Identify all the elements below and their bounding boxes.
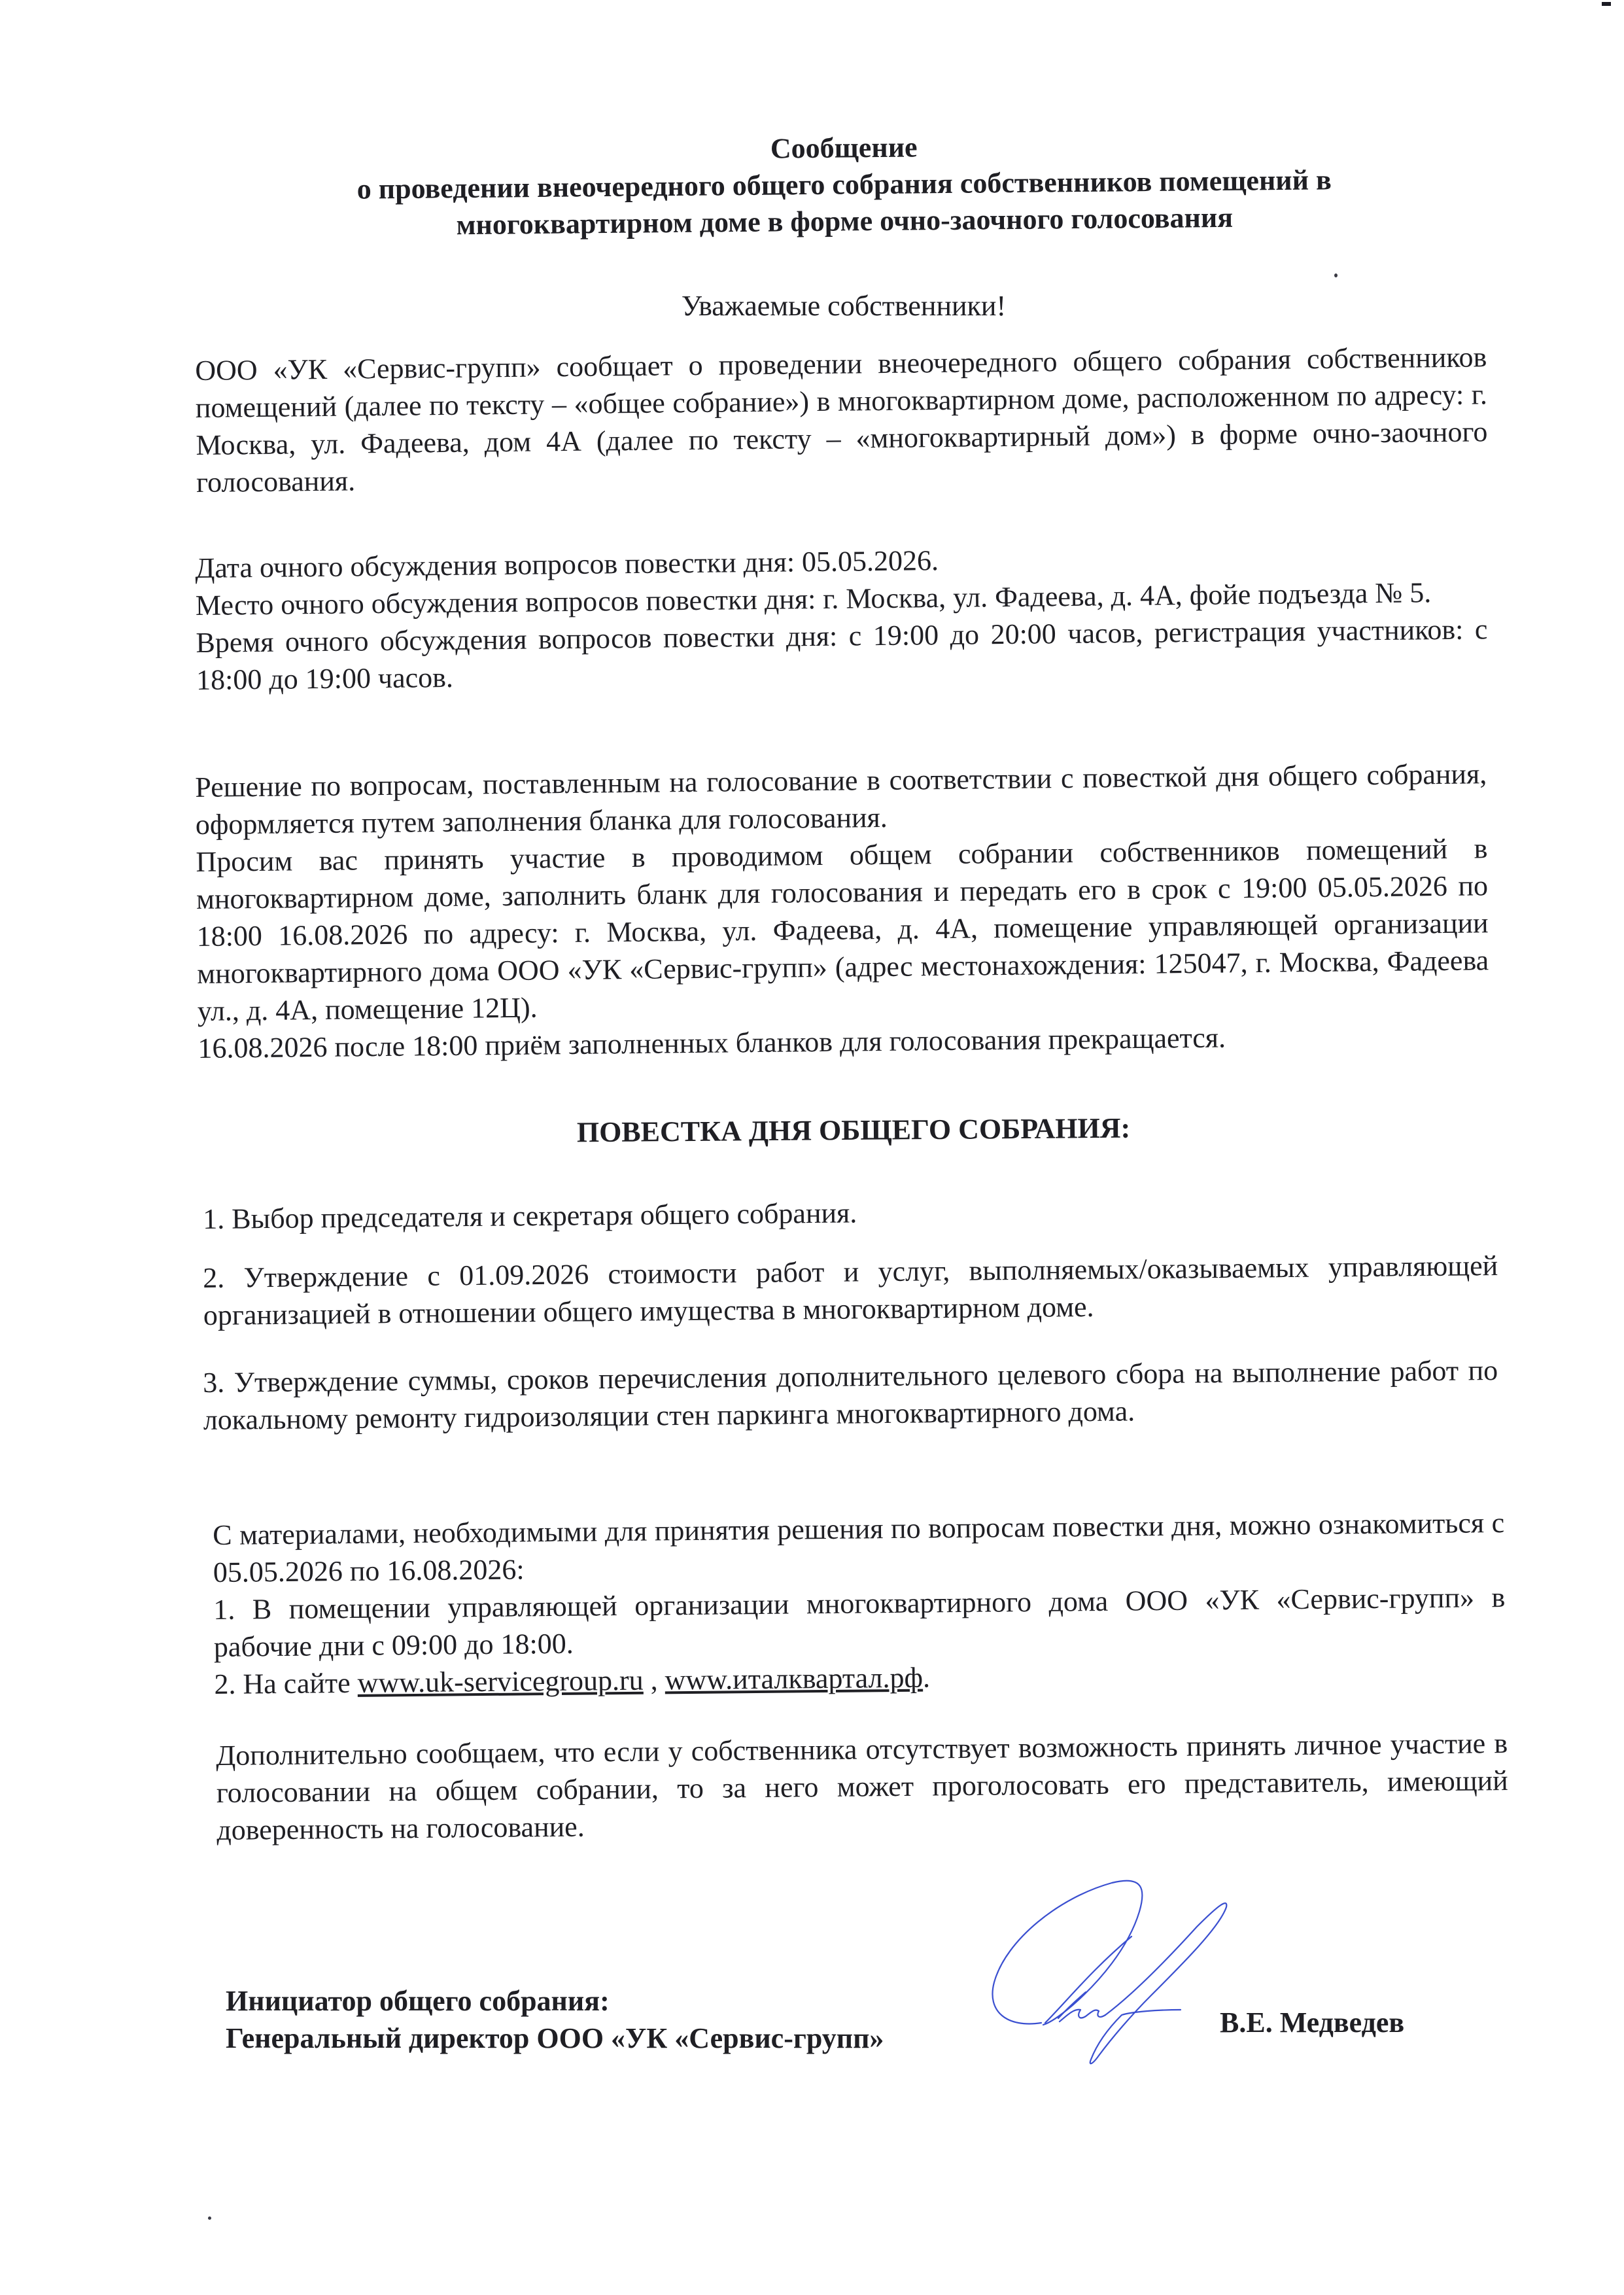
- materials-section: С материалами, необходимыми для принятия…: [213, 1504, 1506, 1703]
- decision-text: Решение по вопросам, поставленным на гол…: [195, 755, 1487, 843]
- scan-speck: [1334, 273, 1338, 277]
- materials-intro: С материалами, необходимыми для принятия…: [213, 1504, 1505, 1591]
- materials-item-office: 1. В помещении управляющей организации м…: [213, 1579, 1506, 1666]
- websites-suffix: .: [923, 1661, 930, 1693]
- agenda-item-text: 1. Выбор председателя и секретаря общего…: [203, 1188, 1498, 1238]
- agenda-item: 3. Утверждение суммы, сроков перечислени…: [203, 1352, 1498, 1439]
- initiator-label: Инициатор общего собрания:: [226, 1982, 884, 2020]
- link-uk-servicegroup[interactable]: www.uk-servicegroup.ru: [357, 1664, 643, 1699]
- websites-prefix: 2. На сайте: [214, 1667, 358, 1700]
- intro-paragraph: ООО «УК «Сервис-групп» сообщает о провед…: [195, 338, 1488, 501]
- links-separator: ,: [643, 1664, 665, 1696]
- scan-speck: [208, 2216, 211, 2220]
- meeting-info: Дата очного обсуждения вопросов повестки…: [195, 536, 1488, 699]
- proxy-note-text: Дополнительно сообщаем, что если у собст…: [216, 1725, 1509, 1849]
- request-text: Просим вас принять участие в проводимом …: [196, 830, 1489, 1030]
- agenda-heading: ПОВЕСТКА ДНЯ ОБЩЕГО СОБРАНИЯ:: [196, 1107, 1511, 1154]
- notice-title: Сообщение о проведении внеочередного общ…: [196, 124, 1493, 246]
- agenda-item-text: 2. Утверждение с 01.09.2026 стоимости ра…: [203, 1247, 1498, 1334]
- agenda-item-text: 3. Утверждение суммы, сроков перечислени…: [203, 1352, 1498, 1439]
- intro-text: ООО «УК «Сервис-групп» сообщает о провед…: [195, 338, 1488, 501]
- scan-corner-mark: [1602, 2, 1611, 6]
- handwritten-signature-icon: [968, 1871, 1230, 2094]
- meeting-time: Время очного обсуждения вопросов повестк…: [196, 610, 1488, 699]
- agenda-item: 1. Выбор председателя и секретаря общего…: [203, 1188, 1498, 1238]
- proxy-note: Дополнительно сообщаем, что если у собст…: [216, 1725, 1509, 1849]
- director-title: Генеральный директор ООО «УК «Сервис-гру…: [226, 2020, 884, 2057]
- document-page: Сообщение о проведении внеочередного общ…: [0, 0, 1624, 2295]
- signatory-name: В.Е. Медведев: [1220, 2004, 1404, 2041]
- link-italkvartal[interactable]: www.италквартал.рф: [665, 1662, 923, 1696]
- greeting: Уважаемые собственники!: [196, 288, 1491, 324]
- voting-procedure: Решение по вопросам, поставленным на гол…: [195, 755, 1490, 1067]
- signatory-role: Инициатор общего собрания: Генеральный д…: [226, 1982, 884, 2057]
- agenda-item: 2. Утверждение с 01.09.2026 стоимости ра…: [203, 1247, 1498, 1334]
